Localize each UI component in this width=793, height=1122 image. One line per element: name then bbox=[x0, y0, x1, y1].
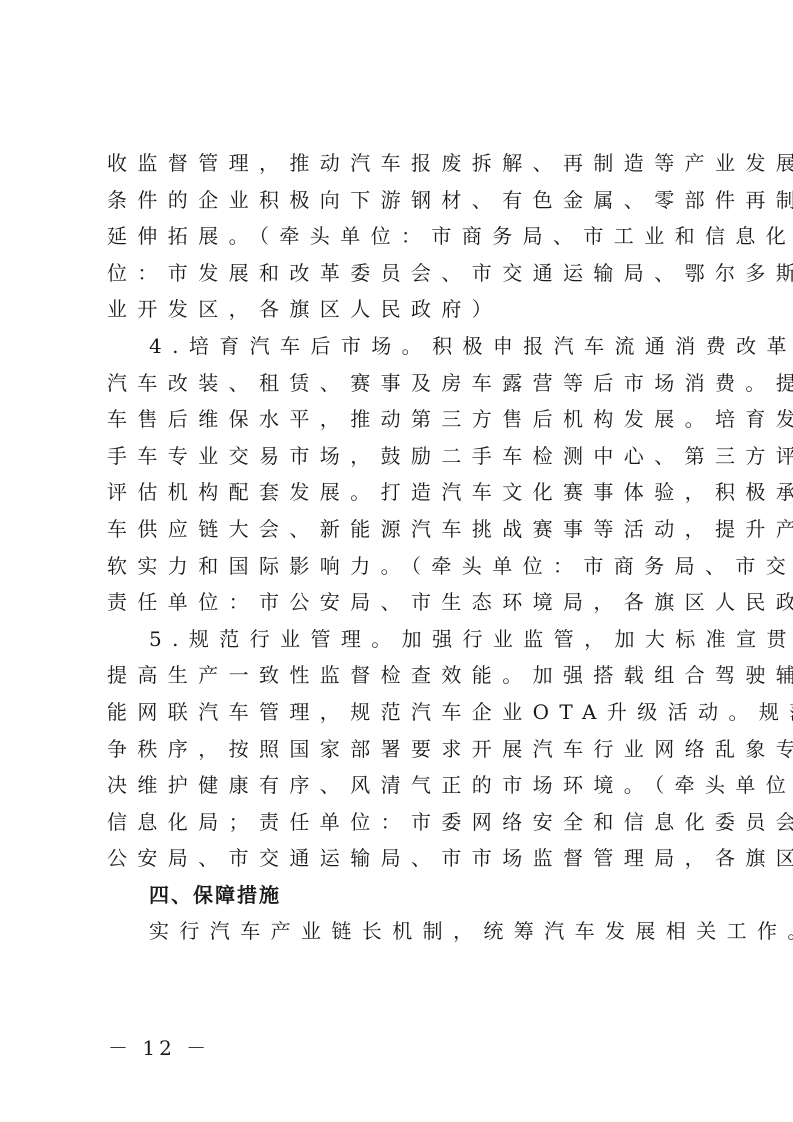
document-body: 收监督管理，推动汽车报废拆解、再制造等产业发展，支持具备 条件的企业积极向下游钢… bbox=[107, 145, 697, 950]
text-line: 位：市发展和改革委员会、市交通运输局、鄂尔多斯高新技术产 bbox=[107, 255, 697, 292]
text-line: 提高生产一致性监督检查效能。加强搭载组合驾驶辅助功能的智 bbox=[107, 657, 697, 694]
text-line: 评估机构配套发展。打造汽车文化赛事体验，积极承办中国汽 bbox=[107, 474, 697, 511]
paragraph-start-item-5: 5.规范行业管理。加强行业监管，加大标准宣贯实施力度， bbox=[107, 621, 697, 658]
document-page: 收监督管理，推动汽车报废拆解、再制造等产业发展，支持具备 条件的企业积极向下游钢… bbox=[0, 0, 793, 1122]
paragraph-start: 实行汽车产业链长机制，统筹汽车发展相关工作。建立定期 bbox=[107, 913, 697, 950]
section-heading: 四、保障措施 bbox=[107, 877, 697, 914]
text-line: 决维护健康有序、风清气正的市场环境。（牵头单位：市工业和 bbox=[107, 767, 697, 804]
text-line: 责任单位：市公安局、市生态环境局，各旗区人民政府） bbox=[107, 584, 697, 621]
text-line: 汽车改装、租赁、赛事及房车露营等后市场消费。提升新能源汽 bbox=[107, 365, 697, 402]
text-line: 业开发区，各旗区人民政府） bbox=[107, 291, 697, 328]
text-line: 公安局、市交通运输局、市市场监督管理局，各旗区人民政府） bbox=[107, 840, 697, 877]
text-line: 信息化局；责任单位：市委网络安全和信息化委员会办公室、市 bbox=[107, 804, 697, 841]
text-line: 收监督管理，推动汽车报废拆解、再制造等产业发展，支持具备 bbox=[107, 145, 697, 182]
paragraph-start-item-4: 4.培育汽车后市场。积极申报汽车流通消费改革试点，拓展 bbox=[107, 328, 697, 365]
text-line: 争秩序，按照国家部署要求开展汽车行业网络乱象专项整治，坚 bbox=[107, 731, 697, 768]
text-line: 车供应链大会、新能源汽车挑战赛事等活动，提升产业发展 bbox=[107, 511, 697, 548]
text-line: 能网联汽车管理，规范汽车企业OTA升级活动。规范汽车产业竞 bbox=[107, 694, 697, 731]
page-number: － 12 － bbox=[108, 1032, 210, 1061]
text-line: 手车专业交易市场，鼓励二手车检测中心、第三方评测实验室等 bbox=[107, 438, 697, 475]
text-line: 车售后维保水平，推动第三方售后机构发展。培育发展新能源二 bbox=[107, 401, 697, 438]
text-line: 延伸拓展。（牵头单位：市商务局、市工业和信息化局；责任单 bbox=[107, 218, 697, 255]
text-line: 条件的企业积极向下游钢材、有色金属、零部件再制造等产业链 bbox=[107, 182, 697, 219]
text-line: 软实力和国际影响力。（牵头单位：市商务局、市交通运输局； bbox=[107, 548, 697, 585]
